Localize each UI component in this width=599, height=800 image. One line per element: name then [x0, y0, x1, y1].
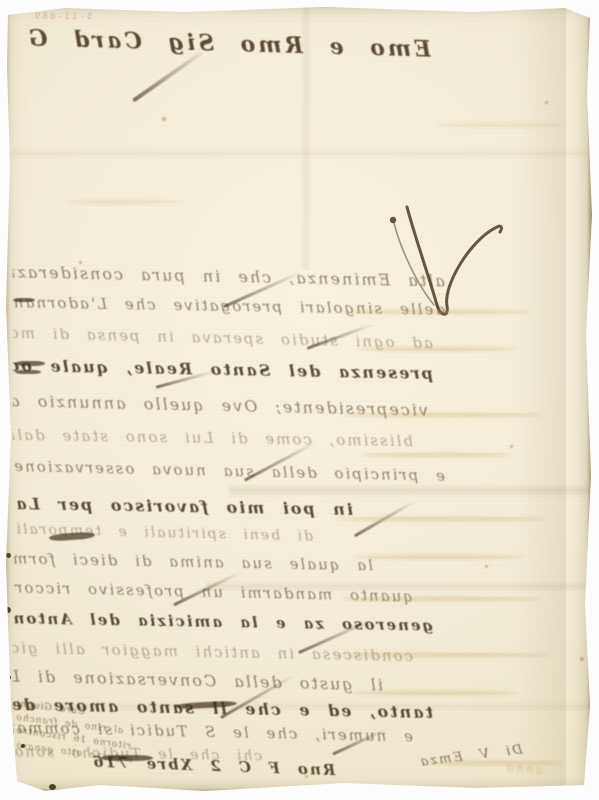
bleedthrough-line: presenza del Santo Reale, quale occasion…	[13, 356, 433, 383]
showthrough-line	[65, 200, 185, 204]
paper-speck	[5, 607, 11, 613]
paper-edge	[587, 9, 594, 788]
showthrough-line	[335, 653, 550, 657]
foxing-spot	[580, 657, 584, 661]
paper-edge	[8, 5, 591, 9]
paper-edge	[5, 9, 10, 788]
paper-speck	[6, 675, 11, 680]
bleedthrough-line: la quale sua anima di dieci forme ferma	[13, 550, 373, 575]
foxing-spot	[79, 261, 82, 264]
paper-speck	[6, 553, 11, 558]
address-bleedthrough: Emo e Rmo Sig Card Giugni mio Sig Pron C…	[27, 25, 432, 62]
ink-blot	[15, 361, 45, 366]
paper-edge	[9, 788, 590, 794]
bleedthrough-line: di beni spirituali e temporali alli giov…	[13, 521, 313, 544]
document-scan: 5-11-089 Emo e Rmo Sig Card Giugni mio S…	[0, 0, 599, 800]
bleedthrough-line: in poi mio favorisco per La maggior cres…	[13, 494, 353, 519]
foxing-spot	[545, 101, 548, 104]
showthrough-line	[340, 310, 530, 314]
showthrough-line	[435, 123, 565, 127]
showthrough-line	[337, 517, 547, 521]
foxing-spot	[305, 775, 308, 778]
foxing-spot	[162, 117, 166, 121]
bleedthrough-line: alta Eminenza, che in pura considerazion…	[13, 262, 445, 290]
ink-blot	[15, 370, 41, 374]
showthrough-line	[341, 597, 541, 601]
showthrough-line	[425, 761, 565, 765]
bleedthrough-line: blissimo, come di Lui sono state dalle S…	[13, 426, 413, 450]
showthrough-line	[355, 555, 525, 559]
showthrough-line	[357, 347, 517, 351]
ink-swash	[132, 48, 208, 103]
foxing-spot	[425, 41, 428, 44]
showthrough-line	[361, 453, 511, 457]
foxing-spot	[510, 445, 513, 448]
paper-sheet: 5-11-089 Emo e Rmo Sig Card Giugni mio S…	[5, 5, 594, 794]
bleedthrough-line: condiscesa in antichi maggior alli giovi…	[13, 639, 413, 665]
fold-crease	[5, 147, 594, 160]
paper-speck	[49, 784, 56, 790]
showthrough-line	[353, 691, 518, 695]
ink-blot	[101, 755, 153, 761]
bleedthrough-line: quanto mandarmi un professivo riccordo d…	[13, 578, 413, 605]
paper-speck	[21, 744, 25, 748]
showthrough-line	[343, 413, 543, 417]
fold-crease	[229, 483, 594, 498]
ink-blot	[13, 298, 35, 302]
bleedthrough-line: e principio della sua nuova osservazione…	[13, 457, 445, 485]
foxing-spot	[485, 565, 488, 568]
bleedthrough-line: il gusto della Conversazione di Lui sant…	[13, 666, 383, 694]
archival-number: 5-11-089	[33, 12, 92, 22]
